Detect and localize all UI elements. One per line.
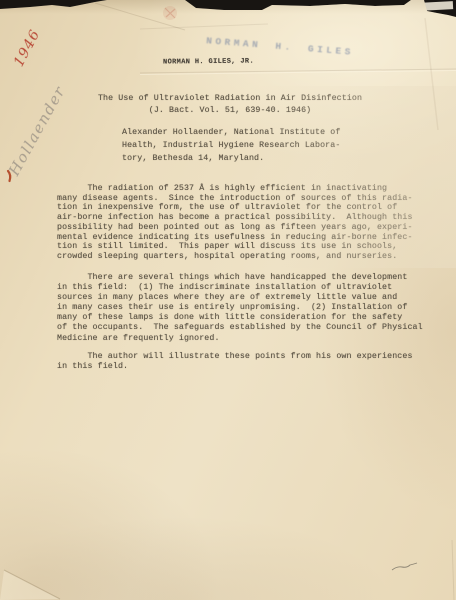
author-affiliation-block: Alexander Hollaender, National Institute… <box>122 127 340 165</box>
document-page: 1946 Hollaender NORMAN H. GILES NORMAN H… <box>0 0 456 600</box>
paragraph-3: The author will illustrate these points … <box>57 352 413 371</box>
diagonal-crease-top-left <box>95 3 185 30</box>
pencil-squiggle <box>392 563 417 570</box>
red-smudge <box>163 6 177 20</box>
title-citation: (J. Bact. Vol. 51, 639-40. 1946) <box>50 105 410 117</box>
red-smudge-strokes <box>165 8 175 18</box>
crease-bottom-right <box>452 540 454 600</box>
crease-top-middle <box>140 24 268 29</box>
photo-backdrop: 1946 Hollaender NORMAN H. GILES NORMAN H… <box>0 0 456 600</box>
fold-line <box>4 570 60 599</box>
paragraph-2: There are several things which have hand… <box>57 273 423 344</box>
faded-owner-stamp: NORMAN H. GILES <box>206 35 354 58</box>
crease-right-edge <box>425 18 438 130</box>
paragraph-1: The radiation of 2537 Å is highly effici… <box>57 184 413 262</box>
horizontal-crease <box>140 69 456 73</box>
handwritten-year-annotation: 1946 <box>11 27 44 70</box>
document-title: The Use of Ultraviolet Radiation in Air … <box>50 93 410 117</box>
folded-corner <box>0 570 60 600</box>
title-line-1: The Use of Ultraviolet Radiation in Air … <box>50 93 410 105</box>
crease-highlight <box>140 71 456 75</box>
owner-stamp: NORMAN H. GILES, JR. <box>163 58 254 67</box>
